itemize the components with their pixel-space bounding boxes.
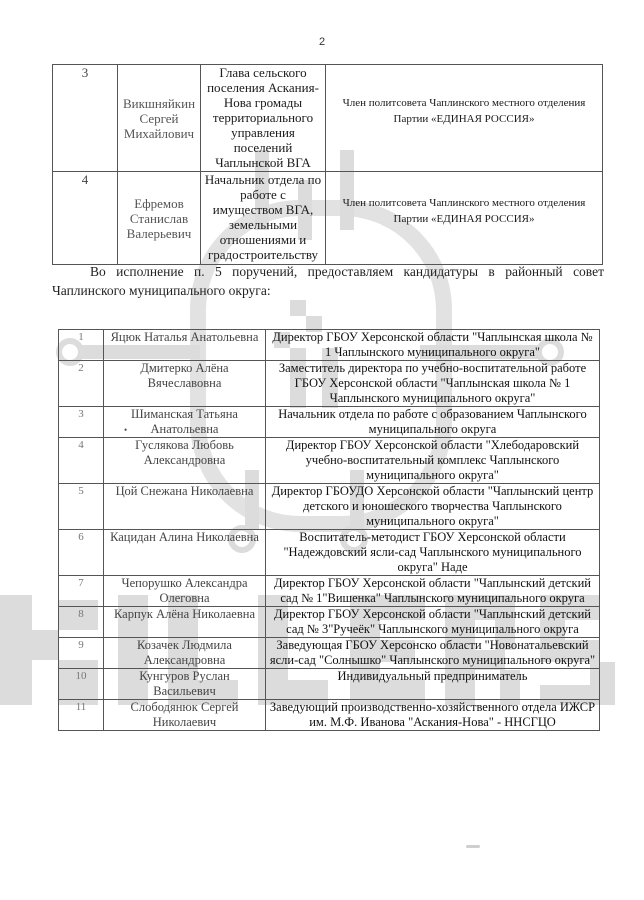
person-name: Викшняйкин Сергей Михайлович — [118, 65, 201, 172]
person-name: Козачек Людмила Александровна — [104, 638, 266, 669]
person-name: Кацидан Алина Николаевна — [104, 530, 266, 576]
row-number: 4 — [59, 438, 104, 484]
table-row: 3Шиманская Татьяна АнатольевнаНачальник … — [59, 407, 600, 438]
job-title: Заведующий производственно-хозяйственног… — [266, 700, 600, 731]
person-name: Шиманская Татьяна Анатольевна — [104, 407, 266, 438]
table-row: 10Кунгуров Руслан ВасильевичИндивидуальн… — [59, 669, 600, 700]
table-row: 2Дмитерко Алёна ВячеславовнаЗаместитель … — [59, 361, 600, 407]
row-number: 3 — [53, 65, 118, 172]
paragraph-text: Во исполнение п. 5 поручений, предоставл… — [52, 264, 604, 298]
party-role: Член политсовета Чаплинского местного от… — [326, 65, 603, 172]
person-name: Цой Снежана Николаевна — [104, 484, 266, 530]
scan-artifact — [466, 845, 480, 848]
party-role: Член политсовета Чаплинского местного от… — [326, 172, 603, 265]
table-row: 7Чепорушко Александра ОлеговнаДиректор Г… — [59, 576, 600, 607]
table-row: 9Козачек Людмила АлександровнаЗаведующая… — [59, 638, 600, 669]
table-row: 4Гуслякова Любовь АлександровнаДиректор … — [59, 438, 600, 484]
person-name: Чепорушко Александра Олеговна — [104, 576, 266, 607]
row-number: 6 — [59, 530, 104, 576]
position: Начальник отдела по работе с имуществом … — [201, 172, 326, 265]
table-row: 1Яцюк Наталья АнатольевнаДиректор ГБОУ Х… — [59, 330, 600, 361]
stray-mark: • — [124, 425, 127, 435]
body-paragraph: Во исполнение п. 5 поручений, предоставл… — [52, 262, 604, 300]
table-row: 8Карпук Алёна НиколаевнаДиректор ГБОУ Хе… — [59, 607, 600, 638]
row-number: 3 — [59, 407, 104, 438]
row-number: 8 — [59, 607, 104, 638]
table-row: 4 Ефремов Станислав Валерьевич Начальник… — [53, 172, 603, 265]
job-title: Директор ГБОУ Херсонской области "Чаплын… — [266, 576, 600, 607]
row-number: 10 — [59, 669, 104, 700]
table-row: 11Слободянюк Сергей НиколаевичЗаведующий… — [59, 700, 600, 731]
job-title: Директор ГБОУДО Херсонской области "Чапл… — [266, 484, 600, 530]
job-title: Индивидуальный предприниматель — [266, 669, 600, 700]
person-name: Кунгуров Руслан Васильевич — [104, 669, 266, 700]
row-number: 5 — [59, 484, 104, 530]
table-row: 5Цой Снежана НиколаевнаДиректор ГБОУДО Х… — [59, 484, 600, 530]
table-row: 6Кацидан Алина НиколаевнаВоспитатель-мет… — [59, 530, 600, 576]
job-title: Заведующая ГБОУ Херсонско области "Новон… — [266, 638, 600, 669]
row-number: 2 — [59, 361, 104, 407]
job-title: Воспитатель-методист ГБОУ Херсонской обл… — [266, 530, 600, 576]
row-number: 11 — [59, 700, 104, 731]
page-number: 2 — [0, 36, 644, 48]
job-title: Заместитель директора по учебно-воспитат… — [266, 361, 600, 407]
district-council-candidates-table: 1Яцюк Наталья АнатольевнаДиректор ГБОУ Х… — [58, 329, 600, 731]
person-name: Яцюк Наталья Анатольевна — [104, 330, 266, 361]
position: Глава сельского поселения Аскания-Нова г… — [201, 65, 326, 172]
row-number: 7 — [59, 576, 104, 607]
person-name: Ефремов Станислав Валерьевич — [118, 172, 201, 265]
job-title: Начальник отдела по работе с образование… — [266, 407, 600, 438]
job-title: Директор ГБОУ Херсонской области "Чаплын… — [266, 607, 600, 638]
row-number: 4 — [53, 172, 118, 265]
row-number: 1 — [59, 330, 104, 361]
person-name: Слободянюк Сергей Николаевич — [104, 700, 266, 731]
person-name: Дмитерко Алёна Вячеславовна — [104, 361, 266, 407]
job-title: Директор ГБОУ Херсонской области "Чаплын… — [266, 330, 600, 361]
table-row: 3 Викшняйкин Сергей Михайлович Глава сел… — [53, 65, 603, 172]
person-name: Гуслякова Любовь Александровна — [104, 438, 266, 484]
candidates-table-continued: 3 Викшняйкин Сергей Михайлович Глава сел… — [52, 64, 603, 265]
row-number: 9 — [59, 638, 104, 669]
person-name: Карпук Алёна Николаевна — [104, 607, 266, 638]
job-title: Директор ГБОУ Херсонской области "Хлебод… — [266, 438, 600, 484]
